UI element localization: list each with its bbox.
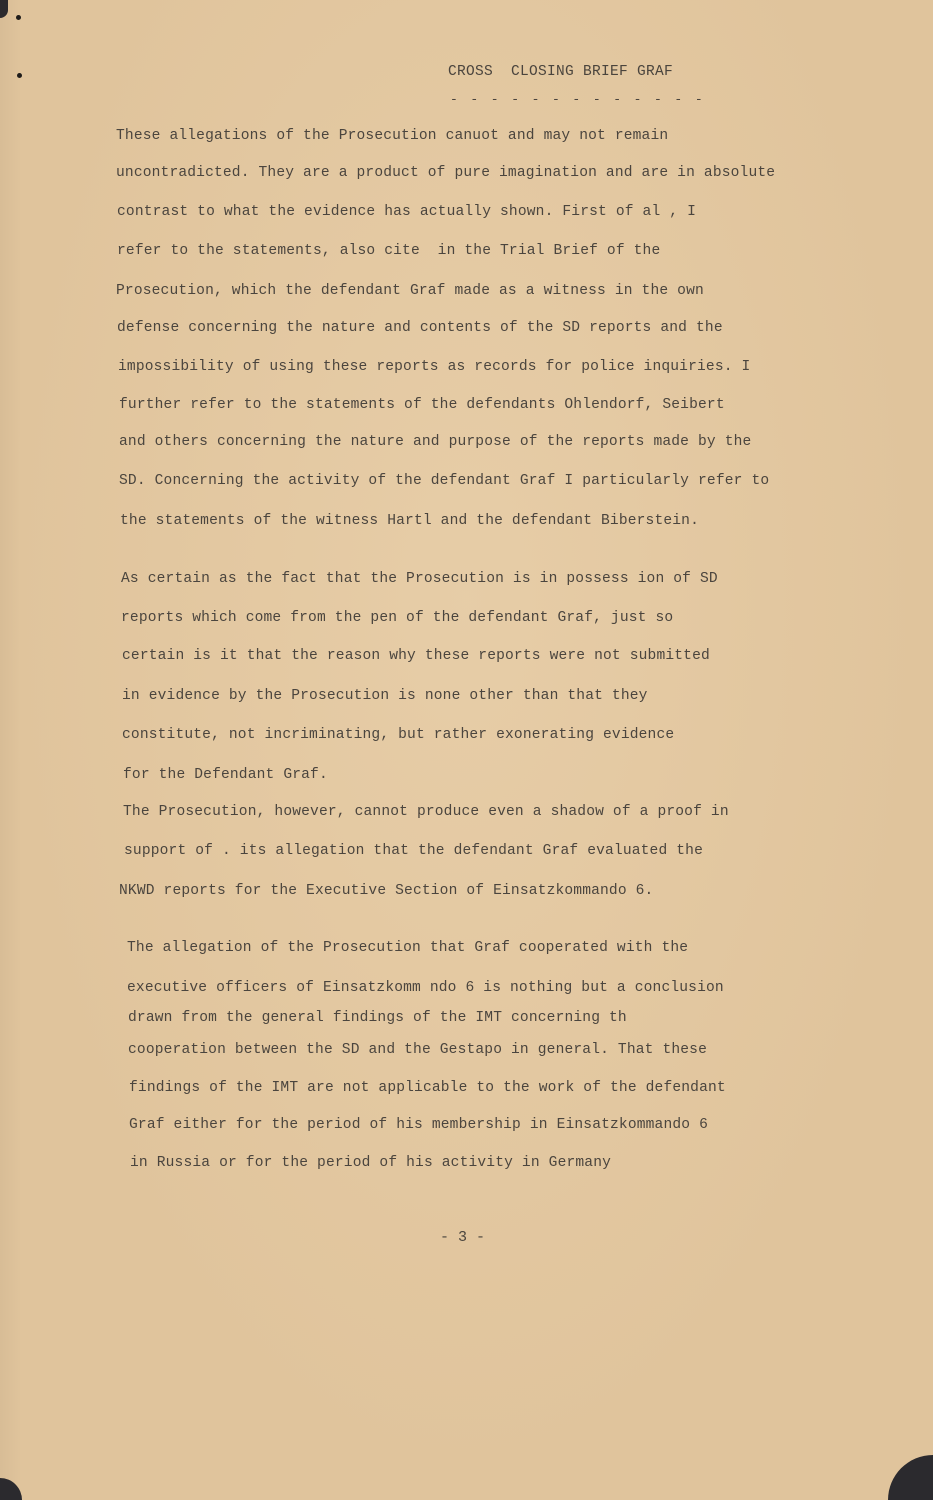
text-line: contrast to what the evidence has actual… (117, 204, 696, 220)
text-line: NKWD reports for the Executive Section o… (119, 883, 653, 899)
text-line: uncontradicted. They are a product of pu… (116, 165, 775, 181)
text-line: for the Defendant Graf. (123, 767, 328, 783)
text-line: impossibility of using these reports as … (118, 359, 750, 375)
text-line: certain is it that the reason why these … (122, 648, 710, 664)
text-line: the statements of the witness Hartl and … (120, 513, 699, 529)
torn-corner-bottom-left (0, 1478, 22, 1500)
text-line: executive officers of Einsatzkomm ndo 6 … (127, 980, 724, 996)
text-line: Graf either for the period of his member… (129, 1117, 708, 1133)
text-line: These allegations of the Prosecution can… (116, 128, 668, 144)
torn-corner-bottom-right (888, 1455, 933, 1500)
text-line: findings of the IMT are not applicable t… (129, 1080, 726, 1096)
text-line: and others concerning the nature and pur… (119, 434, 751, 450)
text-line: in Russia or for the period of his activ… (130, 1155, 611, 1171)
text-line: Prosecution, which the defendant Graf ma… (116, 283, 704, 299)
document-page: CROSS CLOSING BRIEF GRAF - - - - - - - -… (0, 0, 933, 1500)
page-number: - 3 - (440, 1229, 485, 1246)
document-heading: CROSS CLOSING BRIEF GRAF (448, 64, 673, 80)
text-line: reports which come from the pen of the d… (121, 610, 673, 626)
punch-hole-mark (16, 15, 21, 20)
text-line: The Prosecution, however, cannot produce… (123, 804, 729, 820)
text-line: refer to the statements, also cite in th… (117, 243, 660, 259)
text-line: The allegation of the Prosecution that G… (127, 940, 688, 956)
text-line: support of . its allegation that the def… (124, 843, 703, 859)
text-line: further refer to the statements of the d… (119, 397, 725, 413)
heading-underline: - - - - - - - - - - - - - (450, 92, 705, 107)
text-line: As certain as the fact that the Prosecut… (121, 571, 718, 587)
punch-hole-mark (17, 73, 22, 78)
text-line: defense concerning the nature and conten… (117, 320, 723, 336)
text-line: SD. Concerning the activity of the defen… (119, 473, 769, 489)
text-line: constitute, not incriminating, but rathe… (122, 727, 674, 743)
torn-corner-top-left (0, 0, 8, 18)
text-line: drawn from the general findings of the I… (128, 1010, 627, 1026)
text-line: in evidence by the Prosecution is none o… (122, 688, 648, 704)
text-line: cooperation between the SD and the Gesta… (128, 1042, 707, 1058)
